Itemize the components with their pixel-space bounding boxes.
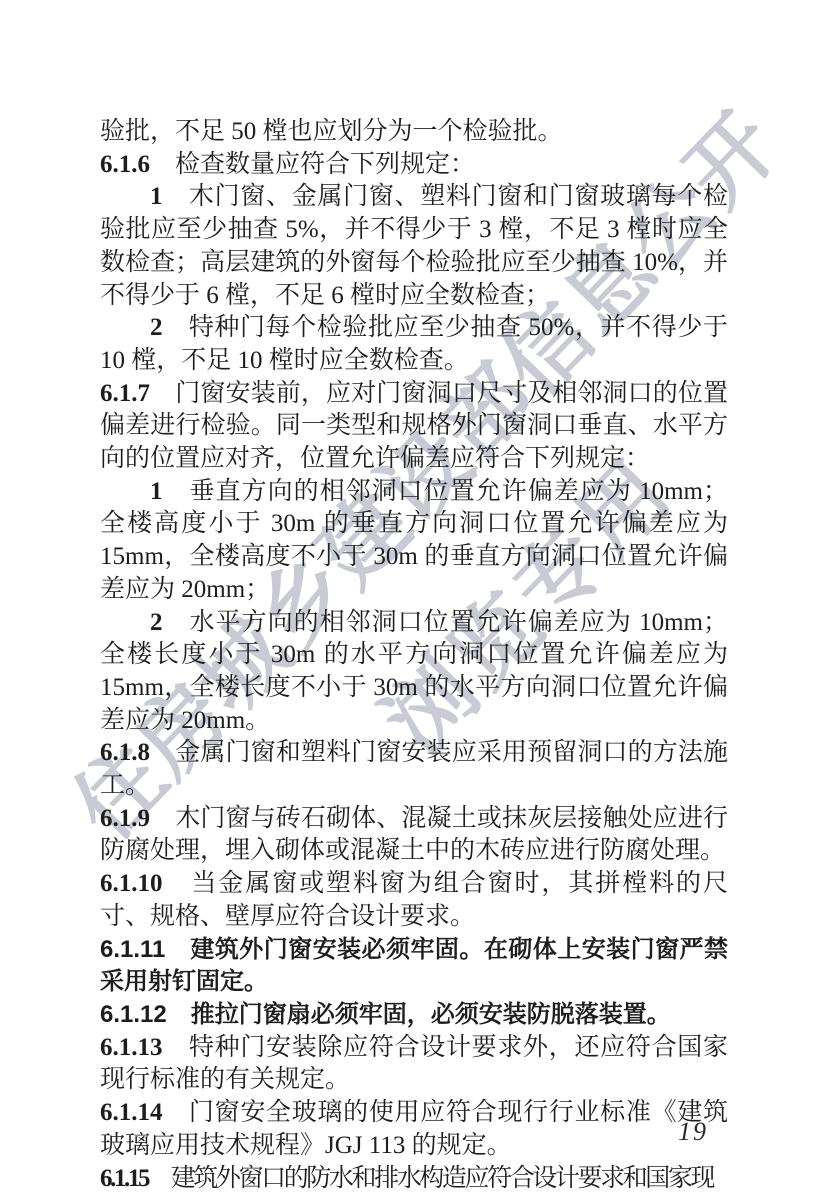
paragraph-text: 木门窗、金属门窗、塑料门窗和门窗玻璃每个检验批应至少抽查 5%，并不得少于 3 …	[100, 183, 728, 308]
paragraph-text: 验批，不足 50 樘也应划分为一个检验批。	[100, 118, 563, 145]
paragraph: 6.1.11 建筑外门窗安装必须牢固。在砌体上安装门窗严禁采用射钉固定。	[100, 934, 728, 999]
paragraph-text: 门窗安全玻璃的使用应符合现行行业标准《建筑玻璃应用技术规程》JGJ 113 的规…	[100, 1099, 728, 1159]
clause-number: 6.1.11	[100, 936, 165, 963]
clause-number: 6.1.7	[100, 380, 150, 407]
paragraph-text: 金属门窗和塑料门窗安装应采用预留洞口的方法施工。	[100, 739, 728, 799]
document-content: 验批，不足 50 樘也应划分为一个检验批。 6.1.6 检查数量应符合下列规定：…	[100, 116, 728, 1195]
paragraph: 6.1.14 门窗安全玻璃的使用应符合现行行业标准《建筑玻璃应用技术规程》JGJ…	[100, 1097, 728, 1162]
paragraph: 6.1.10 当金属窗或塑料窗为组合窗时，其拼樘料的尺寸、规格、壁厚应符合设计要…	[100, 868, 728, 933]
paragraph-text: 门窗安装前，应对门窗洞口尺寸及相邻洞口的位置偏差进行检验。同一类型和规格外门窗洞…	[100, 380, 728, 472]
clause-number: 2	[150, 314, 163, 341]
paragraph-text: 水平方向的相邻洞口位置允许偏差应为 10mm；全楼长度小于 30m 的水平方向洞…	[100, 609, 728, 734]
paragraph-text: 垂直方向的相邻洞口位置允许偏差应为 10mm；全楼高度小于 30m 的垂直方向洞…	[100, 478, 728, 603]
paragraph: 6.1.6 检查数量应符合下列规定：	[100, 149, 728, 182]
clause-number: 6.1.14	[100, 1099, 163, 1126]
paragraph: 验批，不足 50 樘也应划分为一个检验批。	[100, 116, 728, 149]
paragraph: 6.1.7 门窗安装前，应对门窗洞口尺寸及相邻洞口的位置偏差进行检验。同一类型和…	[100, 378, 728, 476]
clause-number: 6.1.9	[100, 805, 150, 832]
clause-number: 6.1.8	[100, 739, 150, 766]
paragraph: 2 水平方向的相邻洞口位置允许偏差应为 10mm；全楼长度小于 30m 的水平方…	[100, 607, 728, 738]
clause-number: 6.1.15	[100, 1165, 148, 1192]
clause-number: 6.1.6	[100, 151, 150, 178]
paragraph: 1 垂直方向的相邻洞口位置允许偏差应为 10mm；全楼高度小于 30m 的垂直方…	[100, 476, 728, 607]
paragraph-text: 检查数量应符合下列规定：	[150, 151, 475, 178]
clause-number: 1	[150, 183, 163, 210]
page-container: 住房城乡建设部信息公开 浏览专用 验批，不足 50 樘也应划分为一个检验批。 6…	[0, 0, 828, 1198]
paragraph: 6.1.9 木门窗与砖石砌体、混凝土或抹灰层接触处应进行防腐处理，埋入砌体或混凝…	[100, 803, 728, 868]
paragraph-text: 特种门每个检验批应至少抽查 50%，并不得少于 10 樘，不足 10 樘时应全数…	[100, 314, 728, 374]
paragraph-text: 当金属窗或塑料窗为组合窗时，其拼樘料的尺寸、规格、壁厚应符合设计要求。	[100, 870, 728, 930]
paragraph: 6.1.12 推拉门窗扇必须牢固，必须安装防脱落装置。	[100, 999, 728, 1032]
paragraph-text: 特种门安装除应符合设计要求外，还应符合国家现行标准的有关规定。	[100, 1034, 728, 1094]
clause-number: 1	[150, 478, 163, 505]
clause-number: 2	[150, 609, 163, 636]
paragraph: 6.1.13 特种门安装除应符合设计要求外，还应符合国家现行标准的有关规定。	[100, 1032, 728, 1097]
page-number: 19	[678, 1117, 708, 1147]
paragraph-text: 木门窗与砖石砌体、混凝土或抹灰层接触处应进行防腐处理，埋入砌体或混凝土中的木砖应…	[100, 805, 728, 865]
paragraph: 6.1.15 建筑外窗口的防水和排水构造应符合设计要求和国家现	[100, 1163, 728, 1196]
paragraph: 6.1.8 金属门窗和塑料门窗安装应采用预留洞口的方法施工。	[100, 737, 728, 802]
paragraph: 1 木门窗、金属门窗、塑料门窗和门窗玻璃每个检验批应至少抽查 5%，并不得少于 …	[100, 181, 728, 312]
paragraph-text: 推拉门窗扇必须牢固，必须安装防脱落装置。	[167, 1001, 671, 1028]
paragraph-text: 建筑外窗口的防水和排水构造应符合设计要求和国家现	[148, 1165, 713, 1192]
paragraph: 2 特种门每个检验批应至少抽查 50%，并不得少于 10 樘，不足 10 樘时应…	[100, 312, 728, 377]
paragraph-text: 建筑外门窗安装必须牢固。在砌体上安装门窗严禁采用射钉固定。	[100, 936, 728, 996]
clause-number: 6.1.13	[100, 1034, 163, 1061]
clause-number: 6.1.12	[100, 1001, 167, 1028]
clause-number: 6.1.10	[100, 870, 163, 897]
